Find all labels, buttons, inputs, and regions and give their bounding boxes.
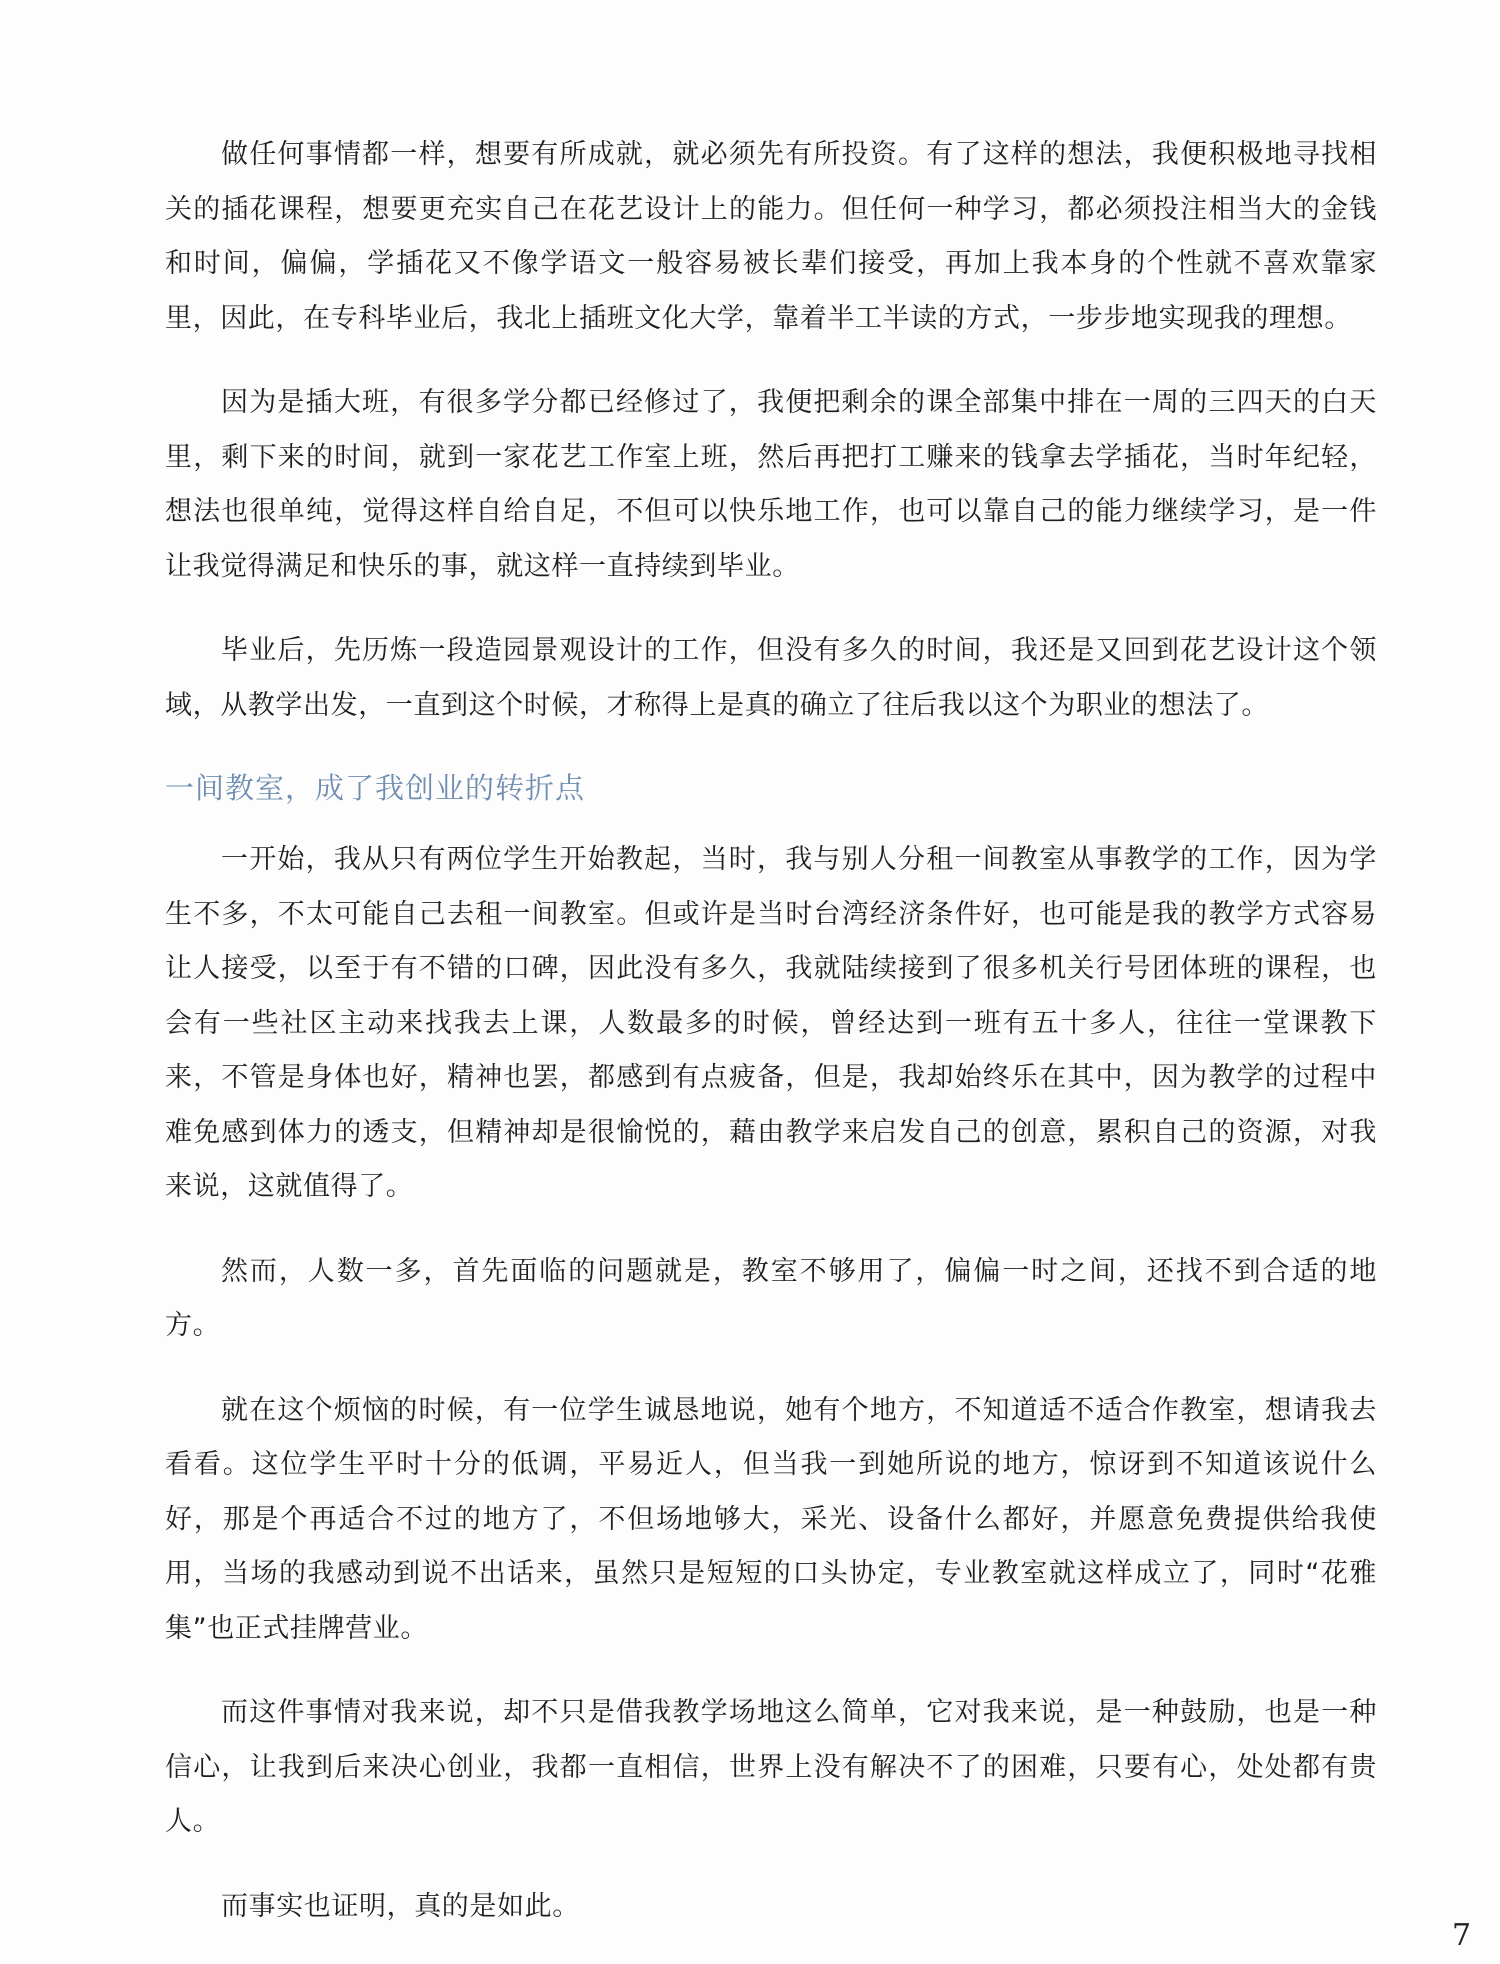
paragraph-2: 因为是插大班，有很多学分都已经修过了，我便把剩余的课全部集中排在一周的三四天的白… xyxy=(165,376,1377,594)
paragraph-5: 然而，人数一多，首先面临的问题就是，教室不够用了，偏偏一时之间，还找不到合适的地… xyxy=(165,1245,1377,1354)
page-content: 做任何事情都一样，想要有所成就，就必须先有所投资。有了这样的想法，我便积极地寻找… xyxy=(165,128,1377,1964)
section-heading: 一间教室，成了我创业的转折点 xyxy=(165,763,1377,813)
paragraph-4: 一开始，我从只有两位学生开始教起，当时，我与别人分租一间教室从事教学的工作，因为… xyxy=(165,833,1377,1215)
document-page: 做任何事情都一样，想要有所成就，就必须先有所投资。有了这样的想法，我便积极地寻找… xyxy=(0,0,1500,1964)
paragraph-1: 做任何事情都一样，想要有所成就，就必须先有所投资。有了这样的想法，我便积极地寻找… xyxy=(165,128,1377,346)
paragraph-8: 而事实也证明，真的是如此。 xyxy=(165,1880,1377,1935)
page-number: 7 xyxy=(1452,1918,1471,1953)
paragraph-6: 就在这个烦恼的时候，有一位学生诚恳地说，她有个地方，不知道适不适合作教室，想请我… xyxy=(165,1384,1377,1657)
paragraph-3: 毕业后，先历炼一段造园景观设计的工作，但没有多久的时间，我还是又回到花艺设计这个… xyxy=(165,624,1377,733)
paragraph-7: 而这件事情对我来说，却不只是借我教学场地这么简单，它对我来说，是一种鼓励，也是一… xyxy=(165,1686,1377,1850)
